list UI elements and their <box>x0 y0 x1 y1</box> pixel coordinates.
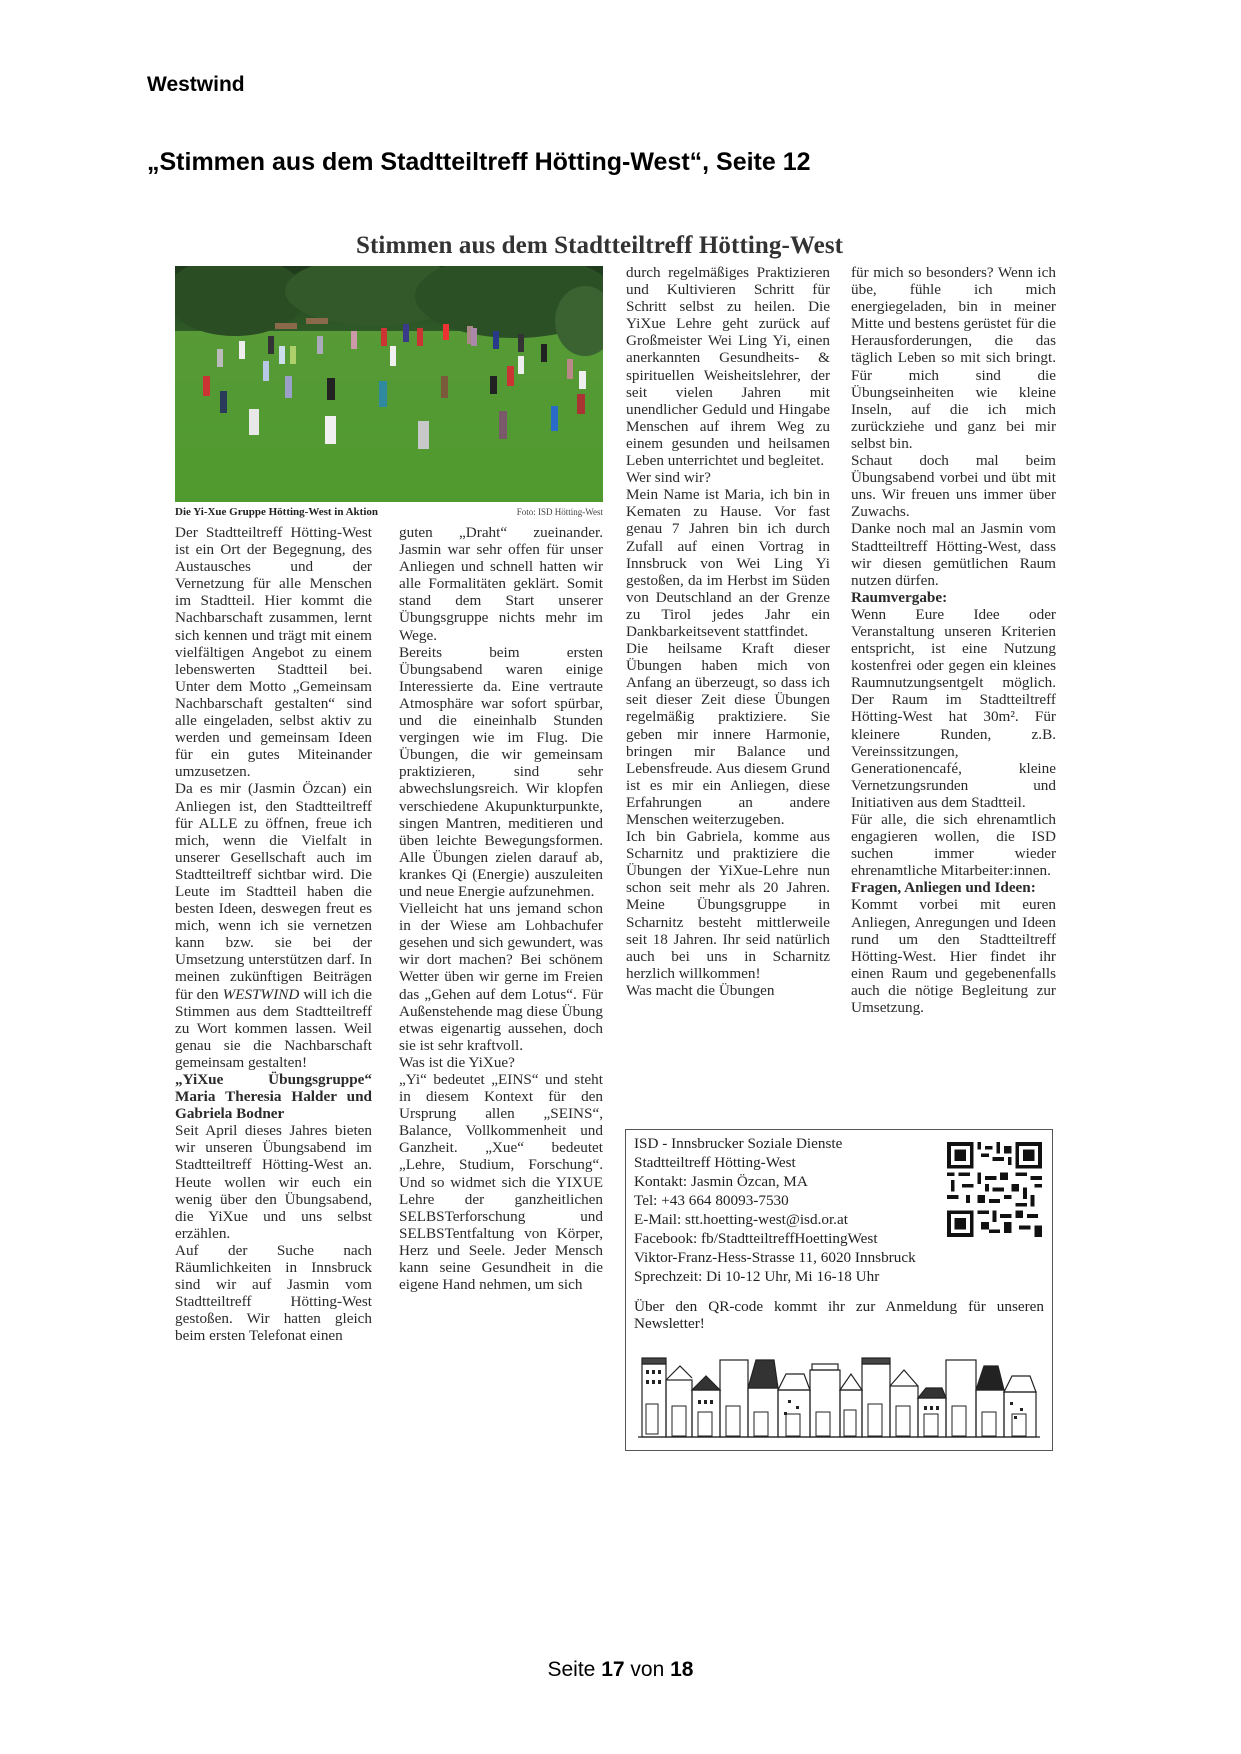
section-heading: Raumvergabe: <box>851 589 1056 606</box>
page-footer: Seite 17 von 18 <box>0 1658 1241 1682</box>
paragraph: Kommt vorbei mit euren Anliegen, Anregun… <box>851 896 1056 1016</box>
office-hours: Sprechzeit: Di 10-12 Uhr, Mi 16-18 Uhr <box>634 1267 1044 1286</box>
question-subheading: Wer sind wir? <box>626 469 830 486</box>
paragraph: Auf der Suche nach Räumlichkeiten in Inn… <box>175 1242 372 1345</box>
section-heading: Fragen, Anliegen und Ideen: <box>851 879 1056 896</box>
article-photo <box>175 266 603 502</box>
paragraph: Danke noch mal an Jasmin vom Stadtteiltr… <box>851 520 1056 588</box>
paragraph: Die heilsame Kraft dieser Übungen haben … <box>626 640 830 828</box>
group-exercise-photo <box>175 266 603 502</box>
paragraph: Wenn Eure Idee oder Veranstaltung unsere… <box>851 606 1056 811</box>
paragraph: guten „Draht“ zueinander. Jasmin war seh… <box>399 524 603 644</box>
paragraph: Ich bin Gabriela, komme aus Scharnitz un… <box>626 828 830 982</box>
paragraph: Bereits beim ersten Übungsabend waren ei… <box>399 644 603 900</box>
paragraph: Vielleicht hat uns jemand schon in der W… <box>399 900 603 1054</box>
paragraph: Für alle, die sich ehrenamtlich engagier… <box>851 811 1056 879</box>
paragraph: Mein Name ist Maria, ich bin in Kematen … <box>626 486 830 640</box>
paragraph: Der Stadtteiltreff Hötting-West ist ein … <box>175 524 372 780</box>
paragraph: „Yi“ bedeutet „EINS“ und steht in diesem… <box>399 1071 603 1293</box>
section-heading: „YiXue Übungsgruppe“ Maria Theresia Hald… <box>175 1071 372 1122</box>
article-title: Stimmen aus dem Stadtteiltreff Hötting-W… <box>356 232 843 260</box>
article-column-1: Der Stadtteiltreff Hötting-West ist ein … <box>175 524 372 1345</box>
paragraph: Seit April dieses Jahres bieten wir unse… <box>175 1122 372 1242</box>
article-column-3: durch regelmäßiges Praktizieren und Kult… <box>626 264 830 999</box>
paragraph: Was macht die Übungen <box>626 982 830 999</box>
contact-infobox: ISD - Innsbrucker Soziale Dienste Stadtt… <box>625 1129 1053 1451</box>
article-column-4: für mich so besonders? Wenn ich übe, füh… <box>851 264 1056 1016</box>
question-subheading: Was ist die YiXue? <box>399 1054 603 1071</box>
photo-caption: Die Yi-Xue Gruppe Hötting-West in Aktion <box>175 506 378 518</box>
publication-name: Westwind <box>147 73 245 97</box>
houses-illustration <box>638 1342 1040 1442</box>
qr-note: Über den QR-code kommt ihr zur Anmeldung… <box>634 1298 1044 1332</box>
total-pages: 18 <box>670 1658 693 1681</box>
address: Viktor-Franz-Hess-Strasse 11, 6020 Innsb… <box>634 1248 1044 1267</box>
current-page: 17 <box>601 1658 624 1681</box>
paragraph: Da es mir (Jasmin Özcan) ein Anliegen is… <box>175 780 372 1071</box>
paragraph: durch regelmäßiges Praktizieren und Kult… <box>626 264 830 469</box>
photo-credit: Foto: ISD Hötting-West <box>517 507 603 517</box>
paragraph: Schaut doch mal beim Übungsabend vorbei … <box>851 452 1056 520</box>
paragraph: für mich so besonders? Wenn ich übe, füh… <box>851 264 1056 452</box>
photo-caption-row: Die Yi-Xue Gruppe Hötting-West in Aktion… <box>175 506 603 518</box>
qr-code-icon[interactable] <box>947 1142 1042 1237</box>
document-heading: „Stimmen aus dem Stadtteiltreff Hötting-… <box>147 148 811 177</box>
article-column-2: guten „Draht“ zueinander. Jasmin war seh… <box>399 524 603 1293</box>
